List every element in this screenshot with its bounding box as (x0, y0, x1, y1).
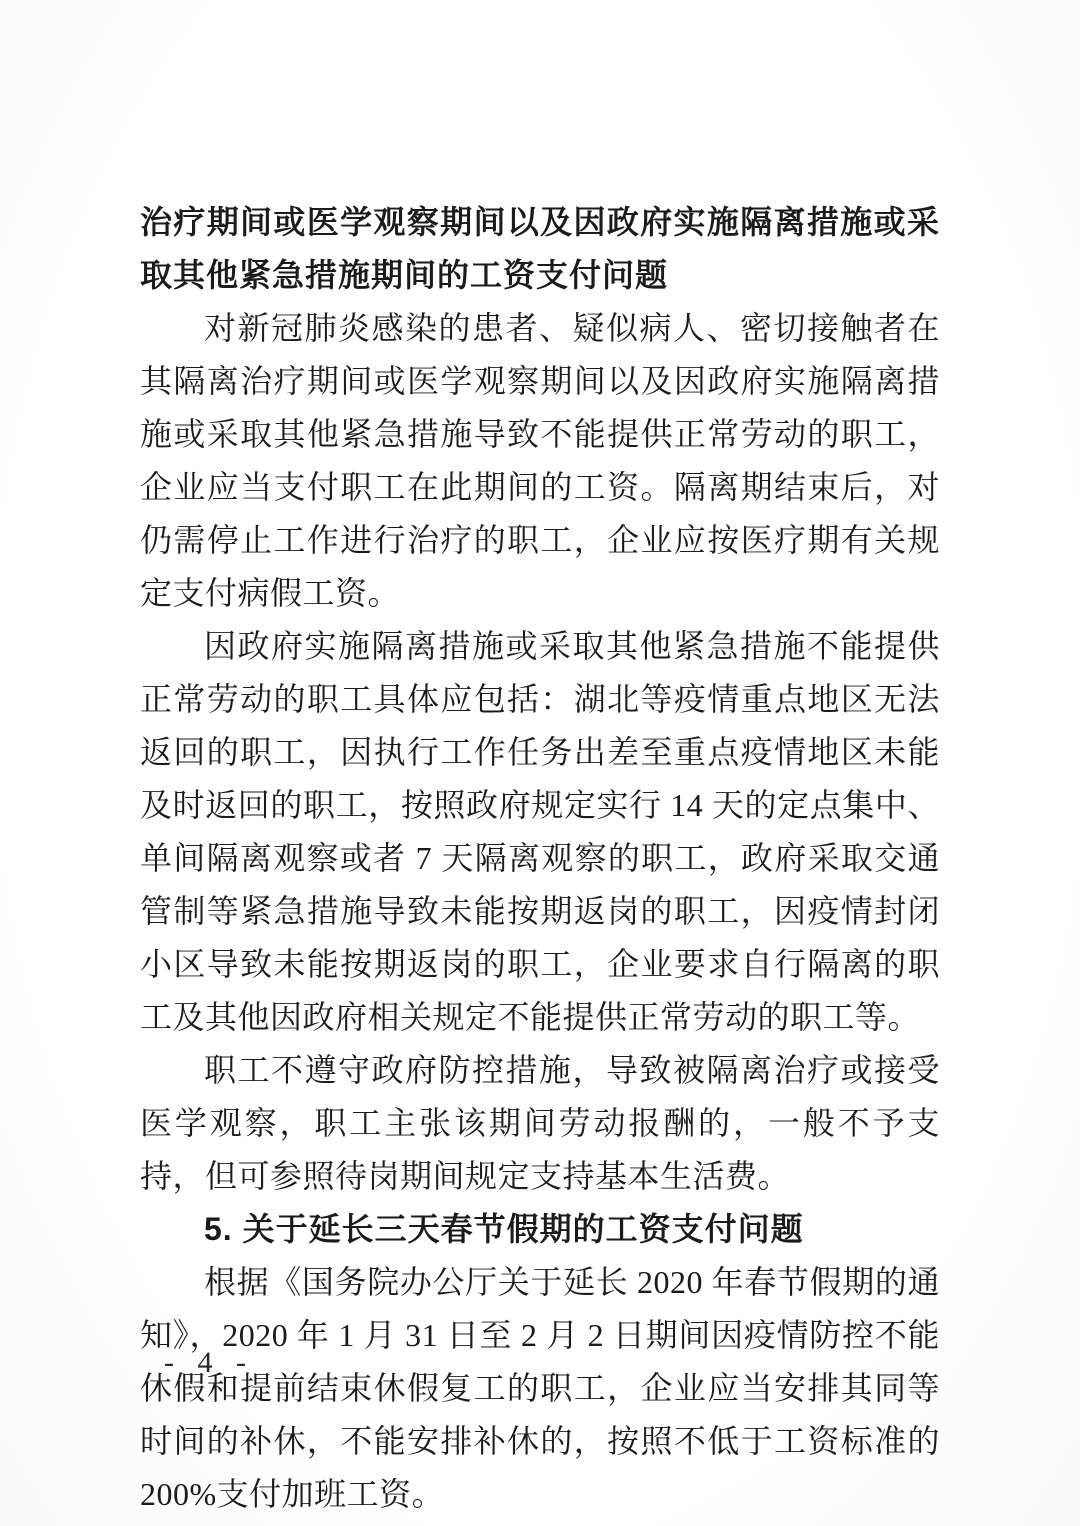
paragraph-covered-workers: 因政府实施隔离措施或采取其他紧急措施不能提供正常劳动的职工具体应包括：湖北等疫情… (140, 620, 940, 1044)
paragraph-quarantine-wage: 对新冠肺炎感染的患者、疑似病人、密切接触者在其隔离治疗期间或医学观察期间以及因政… (140, 302, 940, 620)
section-5-heading: 5. 关于延长三天春节假期的工资支付问题 (140, 1203, 940, 1256)
document-body: 治疗期间或医学观察期间以及因政府实施隔离措施或采取其他紧急措施期间的工资支付问题… (140, 196, 940, 1521)
page-number: - 4 - (164, 1346, 254, 1380)
section-heading-continued: 治疗期间或医学观察期间以及因政府实施隔离措施或采取其他紧急措施期间的工资支付问题 (140, 196, 940, 302)
document-page: 治疗期间或医学观察期间以及因政府实施隔离措施或采取其他紧急措施期间的工资支付问题… (0, 0, 1080, 1526)
paragraph-holiday-extension: 根据《国务院办公厅关于延长 2020 年春节假期的通知》，2020 年 1 月 … (140, 1256, 940, 1521)
paragraph-noncompliance: 职工不遵守政府防控措施，导致被隔离治疗或接受医学观察，职工主张该期间劳动报酬的，… (140, 1044, 940, 1203)
